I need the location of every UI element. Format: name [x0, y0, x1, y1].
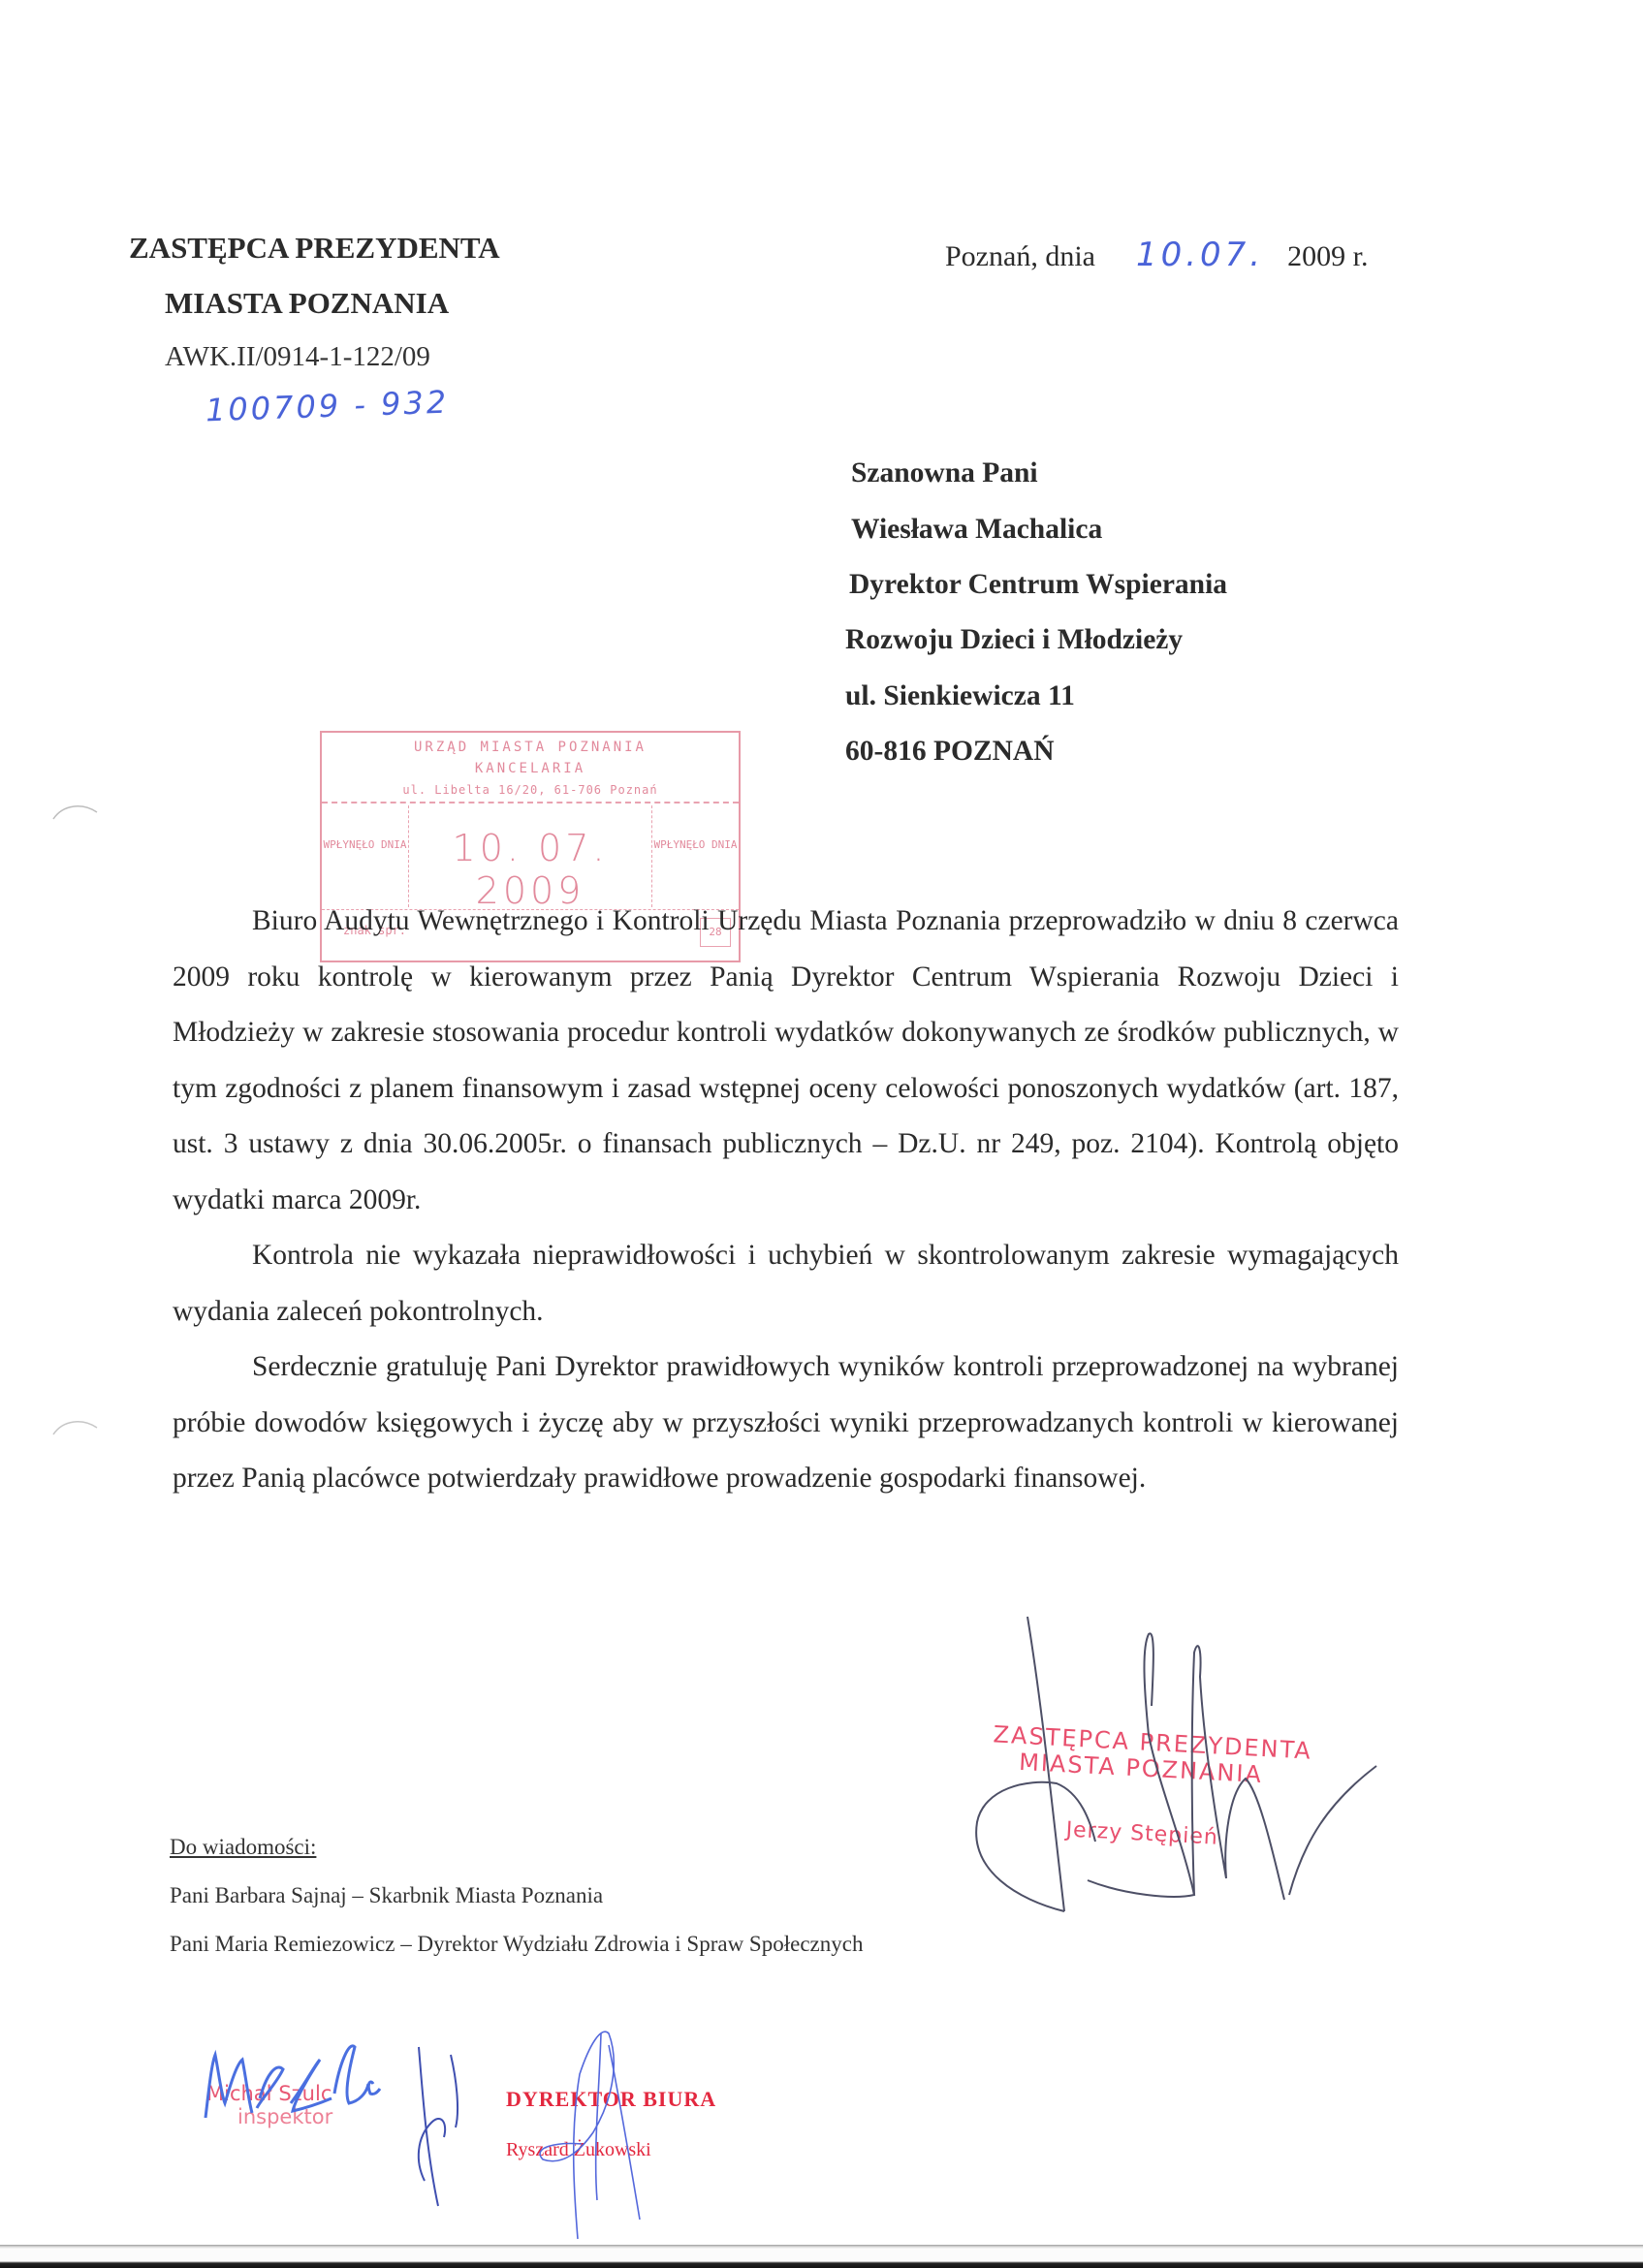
sig-stamp-name: Jerzy Stępień [1065, 1817, 1308, 1856]
cc-item: Pani Maria Remiezowicz – Dyrektor Wydzia… [170, 1932, 863, 1957]
receipt-stamp-header: URZĄD MIASTA POZNANIA KANCELARIA ul. Lib… [322, 733, 739, 803]
stamp-office: URZĄD MIASTA POZNANIA [322, 737, 739, 758]
inspector-title: inspektor [237, 2105, 332, 2128]
letter-body: Biuro Audytu Wewnętrznego i Kontroli Urz… [173, 894, 1399, 1507]
inspector-stamp: Michał Szulc inspektor [206, 2082, 332, 2128]
recipient-name: Wiesława Machalica [851, 514, 1102, 546]
cc-title: Do wiadomości: [170, 1835, 316, 1860]
date-line: Poznań, dnia10.07.2009 r. [945, 236, 1368, 274]
body-paragraph-3: Serdecznie gratuluję Pani Dyrektor prawi… [173, 1339, 1399, 1507]
director-name: Ryszard Żukowski [506, 2125, 716, 2175]
stamp-right-label: WPŁYNĘŁO DNIA [651, 805, 739, 907]
date-suffix: 2009 r. [1287, 240, 1368, 272]
recipient-salutation: Szanowna Pani [851, 457, 1038, 489]
initials-signature-icon [419, 2047, 458, 2206]
date-prefix: Poznań, dnia [945, 240, 1095, 272]
handwritten-registry-number: 100709 - 932 [205, 384, 449, 429]
handwritten-date: 10.07. [1136, 236, 1264, 274]
recipient-institution: Rozwoju Dzieci i Młodzieży [845, 624, 1183, 656]
sender-title-line1: ZASTĘPCA PREZYDENTA [129, 231, 500, 266]
recipient-city: 60-816 POZNAŃ [845, 736, 1055, 768]
body-paragraph-1: Biuro Audytu Wewnętrznego i Kontroli Urz… [173, 894, 1399, 1228]
sender-title-line2: MIASTA POZNANIA [165, 286, 449, 321]
stamp-address: ul. Libelta 16/20, 61-706 Poznań [322, 779, 739, 801]
bureau-director-stamp: DYREKTOR BIURA Ryszard Żukowski [506, 2074, 716, 2175]
director-title: DYREKTOR BIURA [506, 2074, 716, 2125]
body-paragraph-2: Kontrola nie wykazała nieprawidłowości i… [173, 1228, 1399, 1339]
margin-mark-icon [53, 1422, 97, 1434]
scan-edge [0, 2245, 1643, 2268]
reference-number: AWK.II/0914-1-122/09 [165, 341, 430, 373]
deputy-mayor-stamp: ZASTĘPCA PREZYDENTA MIASTA POZNANIA Jerz… [988, 1721, 1312, 1855]
stamp-left-label: WPŁYNĘŁO DNIA [322, 805, 409, 907]
cc-item: Pani Barbara Sajnaj – Skarbnik Miasta Po… [170, 1883, 603, 1908]
stamp-department: KANCELARIA [322, 758, 739, 779]
recipient-position: Dyrektor Centrum Wspierania [849, 569, 1227, 601]
recipient-street: ul. Sienkiewicza 11 [845, 680, 1075, 712]
inspector-name: Michał Szulc [206, 2082, 332, 2105]
margin-mark-icon [53, 806, 97, 819]
